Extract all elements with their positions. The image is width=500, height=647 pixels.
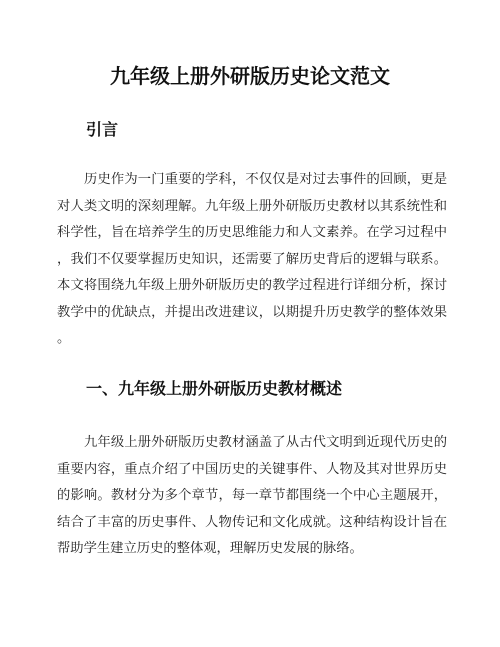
paragraph-line: ，我们不仅要掌握历史知识，还需要了解历史背后的逻辑与联系。 <box>57 247 447 274</box>
paragraph-line: 。 <box>57 326 447 353</box>
intro-paragraph: 历史作为一门重要的学科，不仅仅是对过去事件的回顾，更是 对人类文明的深刻理解。九… <box>57 167 447 353</box>
paragraph-line: 教学中的优缺点，并提出改进建议，以期提升历史教学的整体效果 <box>57 300 447 327</box>
document-title: 九年级上册外研版历史论文范文 <box>0 60 500 89</box>
paragraph-line: 帮助学生建立历史的整体观，理解历史发展的脉络。 <box>57 536 447 563</box>
paragraph-line: 科学性，旨在培养学生的历史思维能力和人文素养。在学习过程中 <box>57 220 447 247</box>
paragraph-line: 对人类文明的深刻理解。九年级上册外研版历史教材以其系统性和 <box>57 194 447 221</box>
paragraph-line: 的影响。教材分为多个章节，每一章节都围绕一个中心主题展开， <box>57 483 447 510</box>
paragraph-line: 结合了丰富的历史事件、人物传记和文化成就。这种结构设计旨在 <box>57 510 447 537</box>
paragraph-line: 重要内容，重点介绍了中国历史的关键事件、人物及其对世界历史 <box>57 457 447 484</box>
document-page: 九年级上册外研版历史论文范文 引言 历史作为一门重要的学科，不仅仅是对过去事件的… <box>0 0 500 647</box>
paragraph-line: 九年级上册外研版历史教材涵盖了从古代文明到近现代历史的 <box>57 430 447 457</box>
paragraph-line: 历史作为一门重要的学科，不仅仅是对过去事件的回顾，更是 <box>57 167 447 194</box>
overview-paragraph: 九年级上册外研版历史教材涵盖了从古代文明到近现代历史的 重要内容，重点介绍了中国… <box>57 430 447 563</box>
paragraph-line: 本文将围绕九年级上册外研版历史的教学过程进行详细分析，探讨 <box>57 273 447 300</box>
section-heading-overview: 一、九年级上册外研版历史教材概述 <box>86 376 342 399</box>
section-heading-intro: 引言 <box>86 117 118 140</box>
